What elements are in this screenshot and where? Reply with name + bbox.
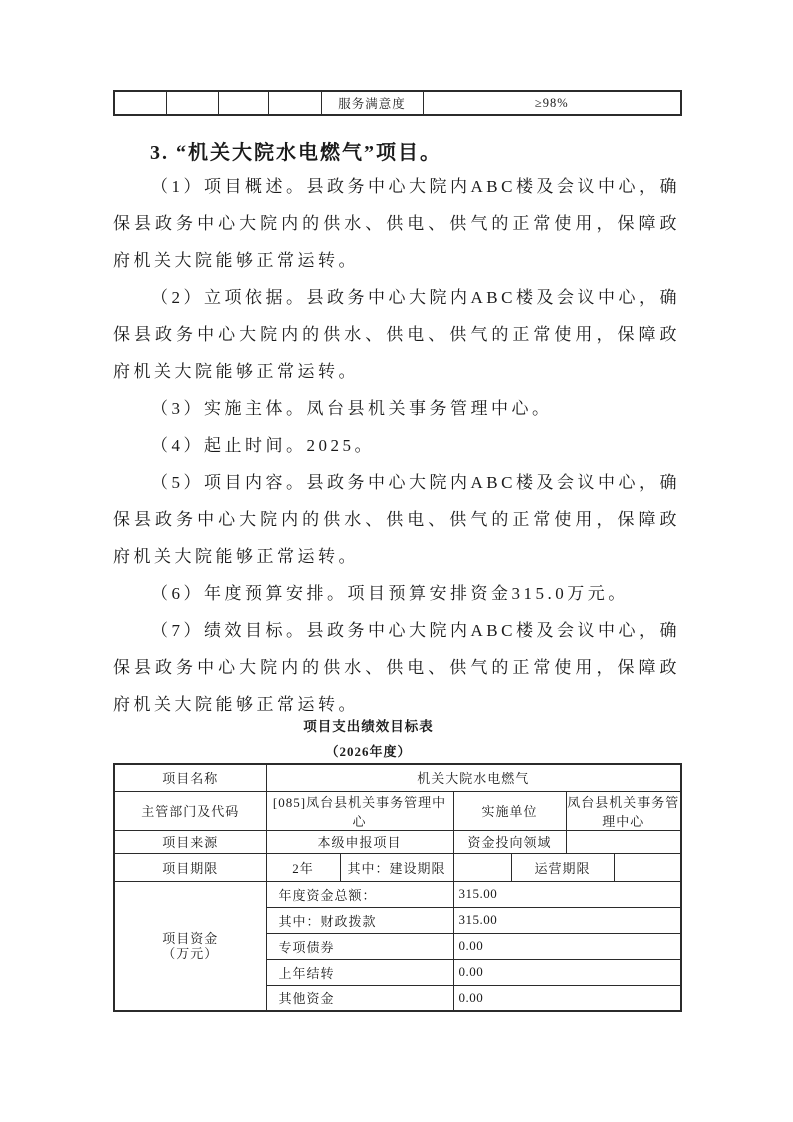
operate-period-label: 运营期限 bbox=[511, 853, 614, 881]
fund-other-value: 0.00 bbox=[453, 985, 681, 1011]
paragraph-basis: （2）立项依据。县政务中心大院内ABC楼及会议中心，确保县政务中心大院内的供水、… bbox=[113, 279, 680, 390]
fund-bond-label: 专项债券 bbox=[266, 933, 453, 959]
fund-fiscal-value: 315.00 bbox=[453, 907, 681, 933]
previous-page-table-fragment: 服务满意度 ≥98% bbox=[113, 90, 682, 116]
fragment-cell-empty-1 bbox=[114, 91, 166, 115]
fund-label-line2: （万元） bbox=[115, 946, 266, 961]
paragraph-budget: （6）年度预算安排。项目预算安排资金315.0万元。 bbox=[113, 575, 680, 612]
source-value: 本级申报项目 bbox=[266, 830, 453, 853]
row-department: 主管部门及代码 [085]凤台县机关事务管理中心 实施单位 凤台县机关事务管理中… bbox=[114, 791, 681, 830]
paragraph-overview: （1）项目概述。县政务中心大院内ABC楼及会议中心，确保县政务中心大院内的供水、… bbox=[113, 168, 680, 279]
fragment-cell-empty-4 bbox=[268, 91, 321, 115]
paragraph-goal: （7）绩效目标。县政务中心大院内ABC楼及会议中心，确保县政务中心大院内的供水、… bbox=[113, 612, 680, 723]
row-project-name: 项目名称 机关大院水电燃气 bbox=[114, 764, 681, 791]
impl-unit-label: 实施单位 bbox=[453, 791, 566, 830]
fund-other-label: 其他资金 bbox=[266, 985, 453, 1011]
project-name-label: 项目名称 bbox=[114, 764, 266, 791]
fragment-cell-target: ≥98% bbox=[423, 91, 681, 115]
fragment-cell-empty-2 bbox=[166, 91, 218, 115]
fund-label-line1: 项目资金 bbox=[115, 931, 266, 946]
fund-section-label: 项目资金 （万元） bbox=[114, 881, 266, 1011]
document-page: 服务满意度 ≥98% 3. “机关大院水电燃气”项目。 （1）项目概述。县政务中… bbox=[113, 90, 680, 1012]
fragment-cell-indicator: 服务满意度 bbox=[321, 91, 423, 115]
impl-unit-value: 凤台县机关事务管理中心 bbox=[566, 791, 681, 830]
fund-carryover-label: 上年结转 bbox=[266, 959, 453, 985]
build-period-label: 其中：建设期限 bbox=[340, 853, 453, 881]
dept-value: [085]凤台县机关事务管理中心 bbox=[266, 791, 453, 830]
paragraph-timeframe: （4）起止时间。2025。 bbox=[113, 427, 680, 464]
fund-total-label: 年度资金总额： bbox=[266, 881, 453, 907]
fragment-cell-empty-3 bbox=[218, 91, 268, 115]
operate-period-value bbox=[614, 853, 681, 881]
paragraph-implementer: （3）实施主体。凤台县机关事务管理中心。 bbox=[113, 390, 680, 427]
period-label: 项目期限 bbox=[114, 853, 266, 881]
project-name-value: 机关大院水电燃气 bbox=[266, 764, 681, 791]
source-label: 项目来源 bbox=[114, 830, 266, 853]
period-value: 2年 bbox=[266, 853, 340, 881]
fund-bond-value: 0.00 bbox=[453, 933, 681, 959]
fund-fiscal-label: 其中：财政拨款 bbox=[266, 907, 453, 933]
fund-direction-label: 资金投向领域 bbox=[453, 830, 566, 853]
fund-direction-value bbox=[566, 830, 681, 853]
row-source: 项目来源 本级申报项目 资金投向领域 bbox=[114, 830, 681, 853]
row-period: 项目期限 2年 其中：建设期限 运营期限 bbox=[114, 853, 681, 881]
fund-carryover-value: 0.00 bbox=[453, 959, 681, 985]
fund-total-value: 315.00 bbox=[453, 881, 681, 907]
section-heading: 3. “机关大院水电燃气”项目。 bbox=[113, 139, 680, 168]
performance-goal-table: 项目名称 机关大院水电燃气 主管部门及代码 [085]凤台县机关事务管理中心 实… bbox=[113, 763, 682, 1012]
paragraph-content: （5）项目内容。县政务中心大院内ABC楼及会议中心，确保县政务中心大院内的供水、… bbox=[113, 464, 680, 575]
dept-label: 主管部门及代码 bbox=[114, 791, 266, 830]
build-period-value bbox=[453, 853, 511, 881]
row-fund-total: 项目资金 （万元） 年度资金总额： 315.00 bbox=[114, 881, 681, 907]
goal-table-subtitle: （2026年度） bbox=[113, 744, 624, 760]
fragment-row: 服务满意度 ≥98% bbox=[114, 91, 681, 115]
